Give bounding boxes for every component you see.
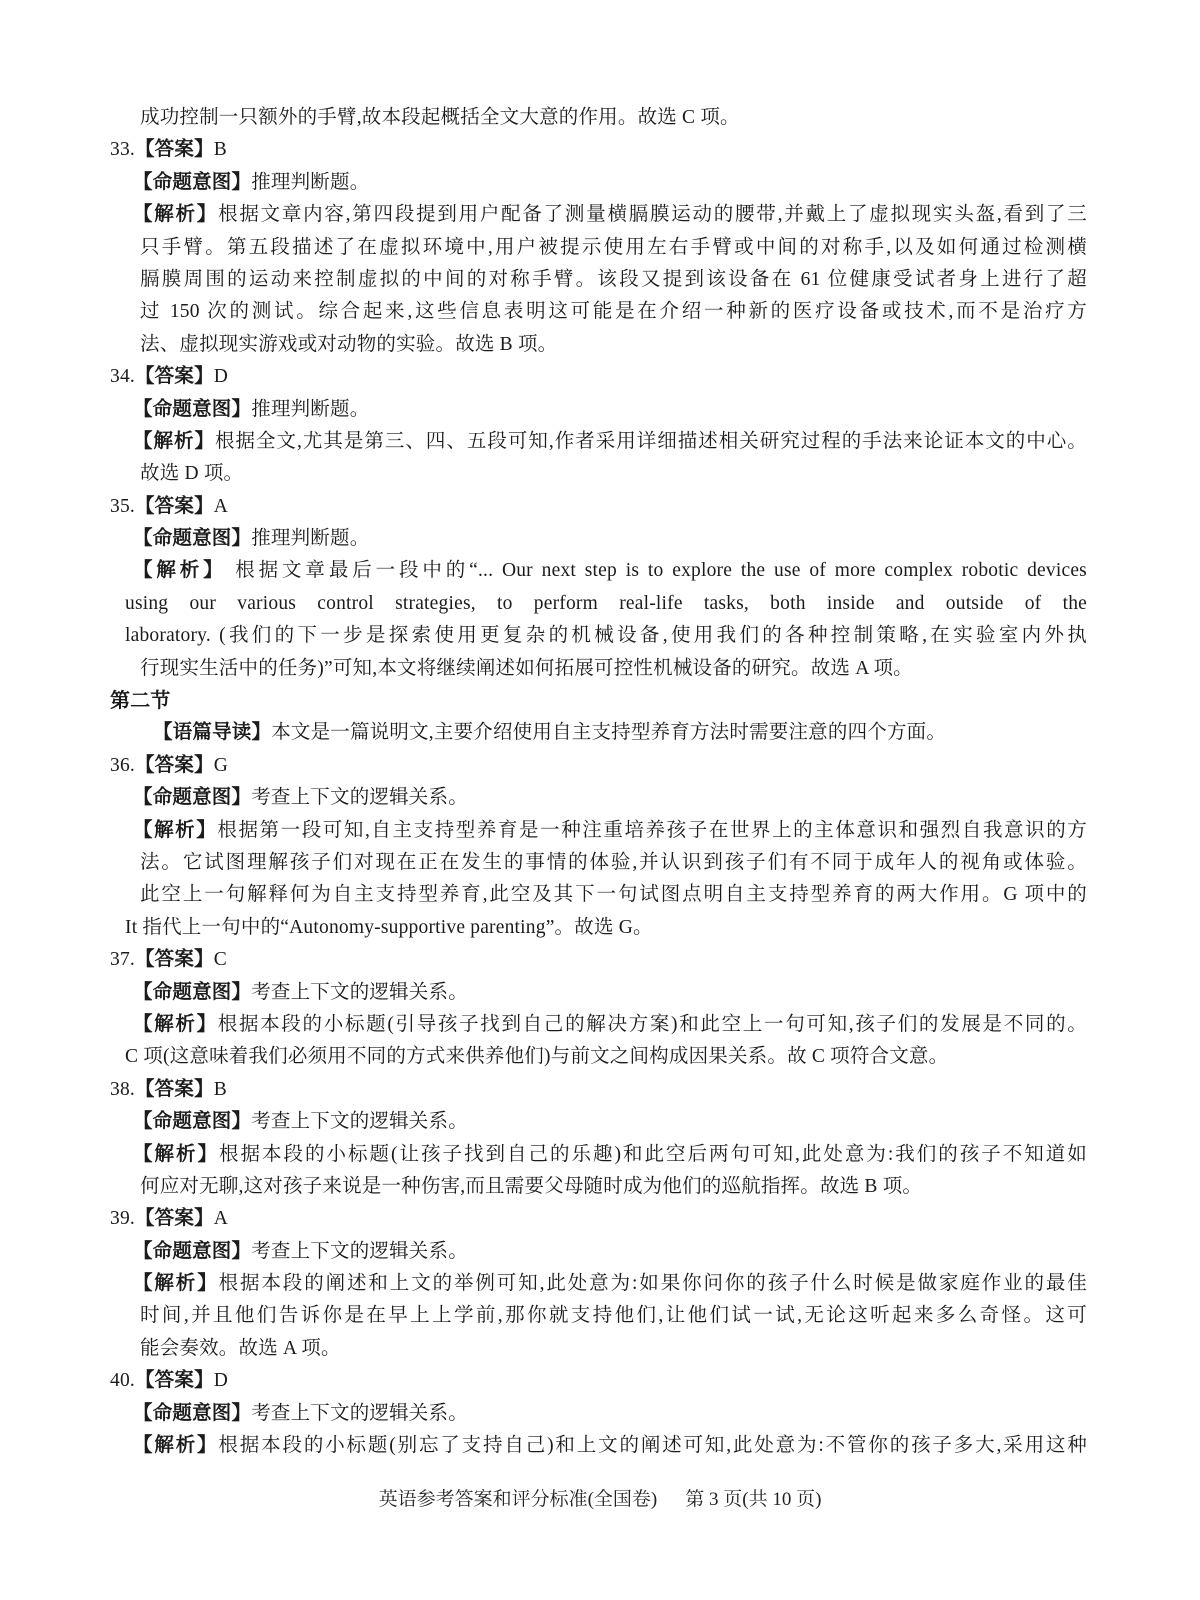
bracket-label: 【解析】 — [133, 204, 218, 225]
bracket-label: 【答案】 — [135, 1079, 214, 1100]
footer-doc-title: 英语参考答案和评分标准(全国卷) — [379, 1489, 658, 1510]
bracket-label: 【命题意图】 — [133, 982, 251, 1003]
text-line: 法、虚拟现实游戏或对动物的实验。故选 B 项。 — [110, 329, 1087, 361]
item-number: 37. — [110, 949, 135, 970]
text-line: 【解析】根据本段的小标题(引导孩子找到自己的解决方案)和此空上一句可知,孩子们的… — [110, 1009, 1087, 1041]
text-line: 膈膜周围的运动来控制虚拟的中间的对称手臂。该段又提到该设备在 61 位健康受试者… — [110, 264, 1087, 296]
item-number: 40. — [110, 1370, 135, 1391]
bracket-label: 【解析】 — [133, 431, 215, 452]
footer-page-info: 第 3 页(共 10 页) — [685, 1489, 821, 1510]
line-text: 根据文章最后一段中的“... Our next step is to explo… — [227, 560, 1087, 581]
text-line: 此空上一句解释何为自主支持型养育,此空及其下一句试图点明自主支持型养育的两大作用… — [110, 879, 1087, 911]
line-text: 只手臂。第五段描述了在虚拟环境中,用户被提示使用左右手臂或中间的对称手,以及如何… — [140, 237, 1087, 258]
text-line: 【解析】根据本段的小标题(让孩子找到自己的乐趣)和此空后两句可知,此处意为:我们… — [110, 1139, 1087, 1171]
text-line: 38.【答案】B — [110, 1074, 1087, 1106]
line-text: 考查上下文的逻辑关系。 — [251, 1111, 468, 1132]
bracket-label: 【答案】 — [135, 949, 214, 970]
text-line: 39.【答案】A — [110, 1203, 1087, 1235]
item-number: 34. — [110, 366, 135, 387]
line-text: 何应对无聊,这对孩子来说是一种伤害,而且需要父母随时成为他们的巡航指挥。故选 B… — [140, 1176, 922, 1197]
text-line: 【命题意图】考查上下文的逻辑关系。 — [110, 1106, 1087, 1138]
line-text: 法、虚拟现实游戏或对动物的实验。故选 B 项。 — [140, 334, 557, 355]
bracket-label: 【命题意图】 — [133, 1403, 251, 1424]
line-text: 根据本段的阐述和上文的举例可知,此处意为:如果你问你的孩子什么时候是做家庭作业的… — [219, 1273, 1087, 1294]
text-line: It 指代上一句中的“Autonomy-supportive parenting… — [110, 912, 1087, 944]
bracket-label: 【命题意图】 — [133, 399, 251, 420]
line-text: A — [214, 496, 228, 517]
line-text: 成功控制一只额外的手臂,故本段起概括全文大意的作用。故选 C 项。 — [140, 107, 740, 128]
text-line: C 项(这意味着我们必须用不同的方式来供养他们)与前文之间构成因果关系。故 C … — [110, 1041, 1087, 1073]
line-text: 推理判断题。 — [251, 172, 369, 193]
text-line: 【解析】根据本段的阐述和上文的举例可知,此处意为:如果你问你的孩子什么时候是做家… — [110, 1268, 1087, 1300]
line-text: B — [214, 1079, 227, 1100]
text-line: 【解析】 根据文章最后一段中的“... Our next step is to … — [110, 555, 1087, 587]
line-text: It 指代上一句中的“Autonomy-supportive parenting… — [125, 917, 653, 938]
line-text: 考查上下文的逻辑关系。 — [251, 1241, 468, 1262]
text-line: 【命题意图】推理判断题。 — [110, 394, 1087, 426]
line-text: 能会奏效。故选 A 项。 — [140, 1338, 341, 1359]
bracket-label: 【解析】 — [133, 1014, 218, 1035]
line-text: 考查上下文的逻辑关系。 — [251, 982, 468, 1003]
bracket-label: 【答案】 — [135, 496, 214, 517]
line-text: laboratory. (我们的下一步是探索使用更复杂的机械设备,使用我们的各种… — [125, 625, 1087, 646]
text-line: 【解析】根据文章内容,第四段提到用户配备了测量横膈膜运动的腰带,并戴上了虚拟现实… — [110, 199, 1087, 231]
text-line: 【解析】根据全文,尤其是第三、四、五段可知,作者采用详细描述相关研究过程的手法来… — [110, 426, 1087, 458]
bracket-label: 【答案】 — [135, 755, 214, 776]
text-line: 【命题意图】考查上下文的逻辑关系。 — [110, 782, 1087, 814]
section-heading: 第二节 — [110, 685, 1087, 717]
line-text: 膈膜周围的运动来控制虚拟的中间的对称手臂。该段又提到该设备在 61 位健康受试者… — [140, 269, 1087, 290]
text-line: 只手臂。第五段描述了在虚拟环境中,用户被提示使用左右手臂或中间的对称手,以及如何… — [110, 232, 1087, 264]
text-line: 何应对无聊,这对孩子来说是一种伤害,而且需要父母随时成为他们的巡航指挥。故选 B… — [110, 1171, 1087, 1203]
line-text: 推理判断题。 — [251, 399, 369, 420]
line-text: G — [214, 755, 228, 776]
text-line: 【命题意图】考查上下文的逻辑关系。 — [110, 1236, 1087, 1268]
bracket-label: 【解析】 — [133, 560, 227, 581]
bracket-label: 【解析】 — [133, 1435, 218, 1456]
text-line: 33.【答案】B — [110, 134, 1087, 166]
line-text: 推理判断题。 — [251, 528, 369, 549]
text-line: 【解析】根据第一段可知,自主支持型养育是一种注重培养孩子在世界上的主体意识和强烈… — [110, 815, 1087, 847]
bracket-label: 【答案】 — [135, 1370, 214, 1391]
text-line: 36.【答案】G — [110, 750, 1087, 782]
line-text: 时间,并且他们告诉你是在早上上学前,那你就支持他们,让他们试一试,无论这听起来多… — [140, 1305, 1087, 1326]
line-text: 故选 D 项。 — [140, 463, 243, 484]
text-line: 时间,并且他们告诉你是在早上上学前,那你就支持他们,让他们试一试,无论这听起来多… — [110, 1300, 1087, 1332]
bracket-label: 【解析】 — [133, 1144, 219, 1165]
bracket-label: 【命题意图】 — [133, 787, 251, 808]
bracket-label: 【答案】 — [135, 1208, 214, 1229]
document-page: 成功控制一只额外的手臂,故本段起概括全文大意的作用。故选 C 项。33.【答案】… — [0, 0, 1200, 1600]
bracket-label: 【命题意图】 — [133, 172, 251, 193]
text-line: 35.【答案】A — [110, 491, 1087, 523]
item-number: 38. — [110, 1079, 135, 1100]
text-line: 故选 D 项。 — [110, 458, 1087, 490]
footer: 英语参考答案和评分标准(全国卷)第 3 页(共 10 页) — [0, 1484, 1200, 1511]
bracket-label: 【解析】 — [133, 1273, 219, 1294]
line-text: 根据第一段可知,自主支持型养育是一种注重培养孩子在世界上的主体意识和强烈自我意识… — [217, 820, 1087, 841]
line-text: 此空上一句解释何为自主支持型养育,此空及其下一句试图点明自主支持型养育的两大作用… — [140, 884, 1087, 905]
text-line: 【命题意图】推理判断题。 — [110, 167, 1087, 199]
line-text: 根据本段的小标题(别忘了支持自己)和上文的阐述可知,此处意为:不管你的孩子多大,… — [218, 1435, 1087, 1456]
text-line: 【解析】根据本段的小标题(别忘了支持自己)和上文的阐述可知,此处意为:不管你的孩… — [110, 1430, 1087, 1462]
text-line: 【命题意图】考查上下文的逻辑关系。 — [110, 1398, 1087, 1430]
line-text: 根据本段的小标题(引导孩子找到自己的解决方案)和此空上一句可知,孩子们的发展是不… — [218, 1014, 1087, 1035]
line-text: 法。它试图理解孩子们对现在正在发生的事情的体验,并认识到孩子们有不同于成年人的视… — [140, 852, 1087, 873]
text-line: 能会奏效。故选 A 项。 — [110, 1333, 1087, 1365]
line-text: 第二节 — [110, 690, 171, 712]
line-text: B — [214, 139, 227, 160]
line-text: using our various control strategies, to… — [125, 593, 1087, 614]
text-line: 【语篇导读】本文是一篇说明文,主要介绍使用自主支持型养育方法时需要注意的四个方面… — [110, 717, 1087, 749]
line-text: A — [214, 1208, 228, 1229]
item-number: 35. — [110, 496, 135, 517]
line-text: 考查上下文的逻辑关系。 — [251, 787, 468, 808]
text-line: 40.【答案】D — [110, 1365, 1087, 1397]
text-line: 过 150 次的测试。综合起来,这些信息表明这可能是在介绍一种新的医疗设备或技术… — [110, 296, 1087, 328]
bracket-label: 【答案】 — [135, 139, 214, 160]
line-text: 考查上下文的逻辑关系。 — [251, 1403, 468, 1424]
bracket-label: 【解析】 — [133, 820, 217, 841]
line-text: 过 150 次的测试。综合起来,这些信息表明这可能是在介绍一种新的医疗设备或技术… — [140, 301, 1087, 322]
line-text: D — [214, 1370, 228, 1391]
text-line: 【命题意图】推理判断题。 — [110, 523, 1087, 555]
bracket-label: 【命题意图】 — [133, 1241, 251, 1262]
text-line: 【命题意图】考查上下文的逻辑关系。 — [110, 977, 1087, 1009]
text-line: 行现实生活中的任务)”可知,本文将继续阐述如何拓展可控性机械设备的研究。故选 A… — [110, 653, 1087, 685]
item-number: 36. — [110, 755, 135, 776]
line-text: 根据全文,尤其是第三、四、五段可知,作者采用详细描述相关研究过程的手法来论证本文… — [215, 431, 1087, 452]
text-line: 34.【答案】D — [110, 361, 1087, 393]
bracket-label: 【命题意图】 — [133, 528, 251, 549]
bracket-label: 【答案】 — [135, 366, 214, 387]
line-text: 本文是一篇说明文,主要介绍使用自主支持型养育方法时需要注意的四个方面。 — [271, 722, 946, 743]
line-text: 根据文章内容,第四段提到用户配备了测量横膈膜运动的腰带,并戴上了虚拟现实头盔,看… — [218, 204, 1087, 225]
line-text: 根据本段的小标题(让孩子找到自己的乐趣)和此空后两句可知,此处意为:我们的孩子不… — [219, 1144, 1087, 1165]
line-text: D — [214, 366, 228, 387]
item-number: 33. — [110, 139, 135, 160]
line-text: C 项(这意味着我们必须用不同的方式来供养他们)与前文之间构成因果关系。故 C … — [125, 1046, 948, 1067]
line-text: C — [214, 949, 227, 970]
text-line: 法。它试图理解孩子们对现在正在发生的事情的体验,并认识到孩子们有不同于成年人的视… — [110, 847, 1087, 879]
text-line: laboratory. (我们的下一步是探索使用更复杂的机械设备,使用我们的各种… — [110, 620, 1087, 652]
bracket-label: 【语篇导读】 — [153, 722, 271, 743]
line-text: 行现实生活中的任务)”可知,本文将继续阐述如何拓展可控性机械设备的研究。故选 A… — [140, 658, 913, 679]
item-number: 39. — [110, 1208, 135, 1229]
text-line: using our various control strategies, to… — [110, 588, 1087, 620]
content-area: 成功控制一只额外的手臂,故本段起概括全文大意的作用。故选 C 项。33.【答案】… — [110, 102, 1087, 1462]
text-line: 成功控制一只额外的手臂,故本段起概括全文大意的作用。故选 C 项。 — [110, 102, 1087, 134]
text-line: 37.【答案】C — [110, 944, 1087, 976]
bracket-label: 【命题意图】 — [133, 1111, 251, 1132]
